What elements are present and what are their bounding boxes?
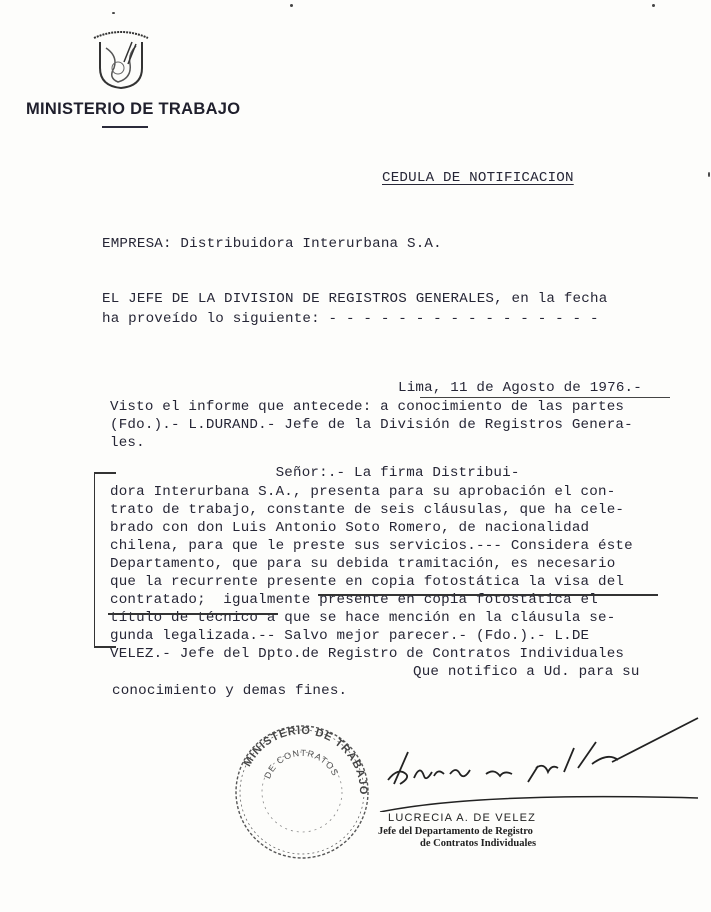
margin-bracket [94,472,105,648]
empresa-line: EMPRESA: Distribuidora Interurbana S.A. [102,236,442,252]
svg-text:DE CONTRATOS: DE CONTRATOS [262,748,341,780]
resolution-line: Visto el informe que antecede: a conocim… [110,399,624,415]
scan-speck [290,4,293,7]
intro-line-2: ha proveído lo siguiente: - - - - - - - … [102,311,599,327]
report-line: trato de trabajo, constante de seis cláu… [110,502,624,518]
report-line: brado con don Luis Antonio Soto Romero, … [110,520,589,536]
report-line: que la recurrente presente en copia foto… [110,574,624,590]
underline-mark [318,594,658,596]
signatory-title-1: Jefe del Departamento de Registro [378,826,533,837]
report-line: Departamento, que para su debida tramita… [110,556,615,572]
intro-line-1: EL JEFE DE LA DIVISION DE REGISTROS GENE… [102,291,607,307]
scan-speck [708,172,710,177]
ministry-heading: MINISTERIO DE TRABAJO [26,100,240,119]
official-stamp-icon: MINISTERIO DE TRABAJO DE CONTRATOS [222,712,382,862]
date-line: Lima, 11 de Agosto de 1976.- [398,380,642,396]
signature-icon [378,712,708,812]
document-title: CEDULA DE NOTIFICACION [382,170,574,186]
ministry-rule [102,126,148,128]
closing-line-1: Que notifico a Ud. para su [413,664,640,680]
report-line: VELEZ.- Jefe del Dpto.de Registro de Con… [110,646,624,662]
svg-text:MINISTERIO DE TRABAJO: MINISTERIO DE TRABAJO [242,725,370,796]
resolution-line: les. [110,435,145,451]
scan-speck [652,4,655,7]
report-line: dora Interurbana S.A., presenta para su … [110,484,615,500]
signatory-name: LUCRECIA A. DE VELEZ [388,812,536,824]
date-underline [420,397,670,398]
report-line: chilena, para que le preste sus servicio… [110,538,633,554]
signatory-title-2: de Contratos Individuales [420,838,536,849]
underline-mark [108,613,278,615]
report-line: Señor:.- La firma Distribui- [110,465,520,481]
closing-line-2: conocimiento y demas fines. [112,683,347,699]
resolution-line: (Fdo.).- L.DURAND.- Jefe de la División … [110,417,633,433]
coat-of-arms-icon [88,28,154,90]
report-line: gunda legalizada.-- Salvo mejor parecer.… [110,628,589,644]
scan-speck [112,12,115,14]
